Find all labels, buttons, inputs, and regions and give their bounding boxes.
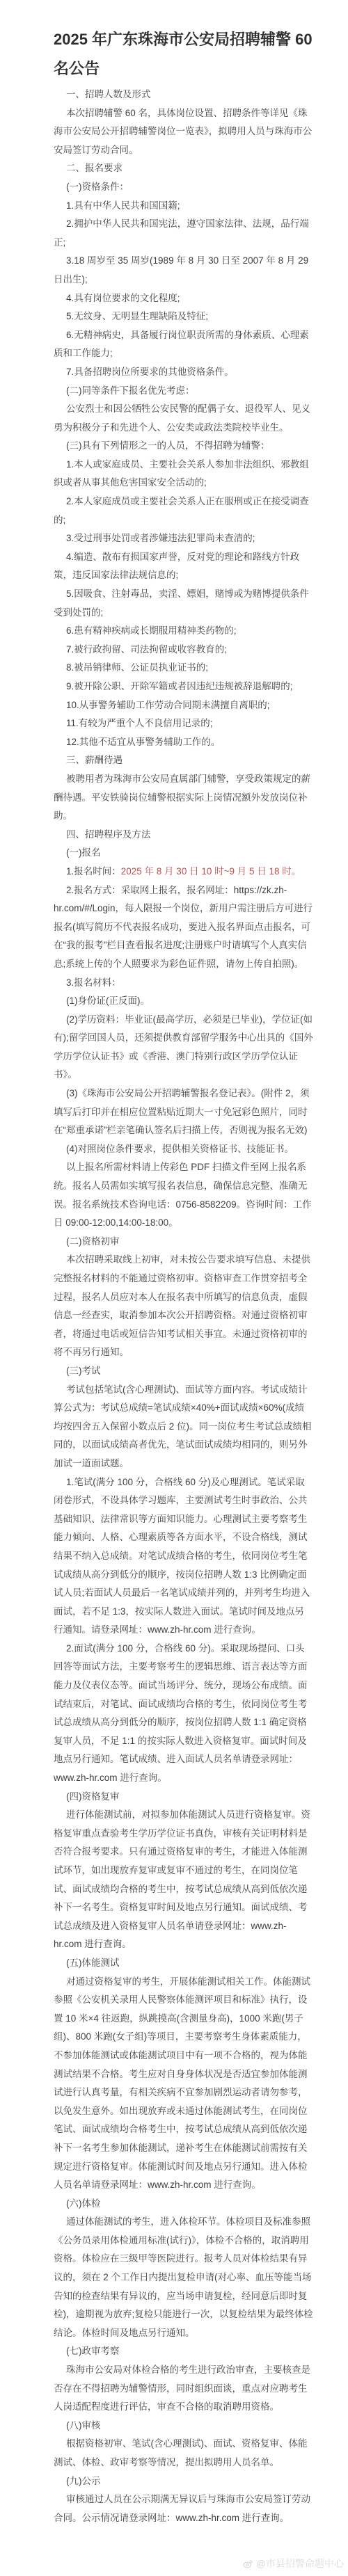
text-run: 3.18 周岁至 35 周岁(1989 年 8 月 30 日至 2007 年 8… bbox=[54, 255, 308, 285]
text-run: (六)体检 bbox=[66, 2198, 101, 2209]
paragraph: (1)身份证(正反面)。 bbox=[54, 992, 313, 1011]
text-run: 进行体能测试前，对拟参加体能测试人员进行资格复审。资格复审重点查验考生学历学位证… bbox=[54, 1809, 310, 1949]
paragraph: 11.有较为严重个人不良信用记录的; bbox=[54, 714, 313, 733]
paragraph: 1.本人或家庭成员、主要社会关系人参加非法组织、邪教组织或者从事其他危害国家安全… bbox=[54, 456, 313, 493]
text-run: 11.有较为严重个人不良信用记录的; bbox=[66, 718, 213, 728]
paragraph: 6.无精神病史，具备履行岗位职责所需的身体素质、心理素质和工作能力; bbox=[54, 326, 313, 363]
text-run: 1.具有中华人民共和国国籍; bbox=[66, 200, 180, 211]
watermark: @市县招警命题中心 bbox=[243, 2557, 344, 2570]
paragraph: 通过体能测试的考生，进入体检环节。体检项目及标准参照《公务员录用体检通用标准(试… bbox=[54, 2213, 313, 2342]
paragraph: (二)资格初审 bbox=[54, 1233, 313, 1251]
paragraph: (六)体检 bbox=[54, 2195, 313, 2214]
text-run: 2.面试(满分 100 分，合格线 60 分)。采取现场提问、口头回答等面试方法… bbox=[54, 1643, 308, 1783]
paragraph: 7.被行政拘留、司法拘留或收容教育的; bbox=[54, 641, 313, 659]
paragraph: 根据资格初审、笔试(含心理测试)、面试、资格复审、体能测试、体检、政审考察等情况… bbox=[54, 2435, 313, 2472]
text-run: 9.被开除公职、开除军籍或者因违纪违规被辞退解聘的; bbox=[66, 681, 293, 691]
text-run: 7.具备招聘岗位所要求的其他资格条件。 bbox=[66, 367, 234, 377]
paragraph: 1.报名时间：2025 年 8 月 30 日 10 时~9 月 5 日 18 时… bbox=[54, 863, 313, 881]
text-run: (一)报名 bbox=[66, 847, 101, 858]
paragraph: (一)报名 bbox=[54, 844, 313, 863]
paragraph: 7.具备招聘岗位所要求的其他资格条件。 bbox=[54, 363, 313, 382]
paragraph: 2.面试(满分 100 分，合格线 60 分)。采取现场提问、口头回答等面试方法… bbox=[54, 1640, 313, 1788]
text-run: 3.受过刑事处罚或者涉嫌违法犯罪尚未查清的; bbox=[66, 533, 255, 543]
highlighted-text-run: 2025 年 8 月 30 日 10 时~9 月 5 日 18 时。 bbox=[121, 866, 301, 877]
paragraph: 6.患有精神疾病或长期服用精神类药物的; bbox=[54, 622, 313, 641]
text-run: 7.被行政拘留、司法拘留或收容教育的; bbox=[66, 644, 227, 655]
text-run: 6.患有精神疾病或长期服用精神类药物的; bbox=[66, 625, 237, 636]
document-page: 2025 年广东珠海市公安局招聘辅警 60 名公告 一、招聘人数及形式本次招聘辅… bbox=[0, 0, 348, 2576]
text-run: 10.从事警务辅助工作劳动合同期未满擅自离职的; bbox=[66, 700, 270, 710]
paragraph: 3.18 周岁至 35 周岁(1989 年 8 月 30 日至 2007 年 8… bbox=[54, 252, 313, 289]
paragraph: (4)对照岗位条件要求，提供相关资格证书、技能证书。 bbox=[54, 1140, 313, 1159]
text-run: 四、招聘程序及方法 bbox=[66, 829, 151, 840]
paragraph: 5.因吸食、注射毒品，卖淫、嫖娼，赌博或为赌博提供条件受到处罚的; bbox=[54, 585, 313, 622]
page-title: 2025 年广东珠海市公安局招聘辅警 60 名公告 bbox=[54, 25, 313, 83]
paragraph: (七)政审考察 bbox=[54, 2342, 313, 2361]
text-run: 5.无纹身、无明显生理缺陷及特征; bbox=[66, 311, 208, 321]
text-run: 以上报名所需材料请上传彩色 PDF 扫描文件至网上报名系统。报名人员需如实填写报… bbox=[54, 1162, 312, 1228]
paragraph: 2.拥护中华人民共和国宪法，遵守国家法律、法规，品行端正; bbox=[54, 215, 313, 252]
text-run: (七)政审考察 bbox=[66, 2346, 120, 2356]
paragraph: 本次招聘采取线上初审，对未按公告要求填写信息、未提供完整报名材料的不能通过资格初… bbox=[54, 1251, 313, 1362]
text-run: 审核通过人员在公示期满无异议后与珠海市公安局签订劳动合同。公示情况请登录网址：w… bbox=[54, 2494, 310, 2523]
text-run: 二、报名要求 bbox=[66, 163, 122, 173]
paragraph: (三)考试 bbox=[54, 1362, 313, 1381]
weibo-watermark-icon bbox=[243, 2559, 253, 2568]
text-run: (四)资格复审 bbox=[66, 1791, 120, 1802]
text-run: (五)体能测试 bbox=[66, 1958, 120, 1968]
text-run: 2.报名方式：采取网上报名，报名网址：https://zk.zh-hr.com/… bbox=[54, 885, 313, 969]
text-run: (一)资格条件： bbox=[66, 182, 129, 192]
paragraph: 3.报名材料： bbox=[54, 974, 313, 993]
paragraph: 1.具有中华人民共和国国籍; bbox=[54, 197, 313, 216]
paragraph: 1.笔试(满分 100 分，合格线 60 分)及心理测试。笔试采取闭卷形式，不设… bbox=[54, 1473, 313, 1640]
paragraph: 以上报名所需材料请上传彩色 PDF 扫描文件至网上报名系统。报名人员需如实填写报… bbox=[54, 1158, 313, 1232]
paragraph: 三、薪酬待遇 bbox=[54, 751, 313, 770]
text-run: 4.具有岗位要求的文化程度; bbox=[66, 293, 180, 303]
document-body: 一、招聘人数及形式本次招聘辅警 60 名，具体岗位设置、招聘条件等详见《珠海市公… bbox=[54, 86, 313, 2527]
paragraph: (一)资格条件： bbox=[54, 178, 313, 197]
paragraph: 公安烈士和因公牺牲公安民警的配偶子女、退役军人、见义勇为积极分子和先进个人、公安… bbox=[54, 400, 313, 437]
text-run: (三)具有下列情形之一的人员，不得招聘为辅警： bbox=[66, 440, 270, 451]
paragraph: 2.报名方式：采取网上报名，报名网址：https://zk.zh-hr.com/… bbox=[54, 881, 313, 974]
text-run: (1)身份证(正反面)。 bbox=[66, 995, 150, 1006]
paragraph: 4.具有岗位要求的文化程度; bbox=[54, 289, 313, 308]
text-run: 一、招聘人数及形式 bbox=[66, 89, 151, 99]
text-run: 公安烈士和因公牺牲公安民警的配偶子女、退役军人、见义勇为积极分子和先进个人、公安… bbox=[54, 403, 310, 433]
text-run: (4)对照岗位条件要求，提供相关资格证书、技能证书。 bbox=[66, 1144, 294, 1154]
paragraph: 四、招聘程序及方法 bbox=[54, 826, 313, 845]
text-run: 8.被吊销律师、公证员执业证书的; bbox=[66, 662, 208, 673]
text-run: 2.拥护中华人民共和国宪法，遵守国家法律、法规，品行端正; bbox=[54, 218, 309, 248]
text-run: 本次招聘辅警 60 名，具体岗位设置、招聘条件等详见《珠海市公安局公开招聘辅警岗… bbox=[54, 108, 312, 155]
paragraph: (三)具有下列情形之一的人员，不得招聘为辅警： bbox=[54, 437, 313, 456]
text-run: (二)同等条件下报名优先考虑： bbox=[66, 385, 195, 396]
text-run: (2)学历资料：毕业证(最高学历，必须是已毕业)，学位证(如有);留学回国人员，… bbox=[54, 1014, 313, 1080]
text-run: 根据资格初审、笔试(含心理测试)、面试、资格复审、体能测试、体检、政审考察等情况… bbox=[54, 2438, 308, 2467]
text-run: (三)考试 bbox=[66, 1366, 101, 1376]
paragraph: 12.其他不适宜从事警务辅助工作的。 bbox=[54, 733, 313, 752]
paragraph: (二)同等条件下报名优先考虑： bbox=[54, 382, 313, 401]
paragraph: 二、报名要求 bbox=[54, 159, 313, 178]
paragraph: 考试包括笔试(含心理测试)、面试等方面内容。考试成绩计算公式为：考试总成绩=笔试… bbox=[54, 1381, 313, 1473]
paragraph: (五)体能测试 bbox=[54, 1954, 313, 1973]
text-run: 对通过资格复审的考生，开展体能测试相关工作。体能测试参照《公安机关录用人民警察体… bbox=[54, 1976, 310, 2191]
paragraph: 10.从事警务辅助工作劳动合同期未满擅自离职的; bbox=[54, 696, 313, 715]
paragraph: (3)《珠海市公安局公开招聘辅警报名登记表》。(附件 2，须填写后打印并在相应位… bbox=[54, 1085, 313, 1140]
paragraph: 2.本人家庭成员或主要社会关系人正在服刑或正在接受调查的; bbox=[54, 493, 313, 529]
paragraph: 对通过资格复审的考生，开展体能测试相关工作。体能测试参照《公安机关录用人民警察体… bbox=[54, 1973, 313, 2195]
paragraph: 3.受过刑事处罚或者涉嫌违法犯罪尚未查清的; bbox=[54, 529, 313, 548]
paragraph: (九)公示 bbox=[54, 2472, 313, 2491]
text-run: 1.报名时间： bbox=[66, 866, 121, 877]
text-run: 1.本人或家庭成员、主要社会关系人参加非法组织、邪教组织或者从事其他危害国家安全… bbox=[54, 459, 309, 488]
paragraph: 审核通过人员在公示期满无异议后与珠海市公安局签订劳动合同。公示情况请登录网址：w… bbox=[54, 2490, 313, 2527]
text-run: 6.无精神病史，具备履行岗位职责所需的身体素质、心理素质和工作能力; bbox=[54, 330, 309, 359]
text-run: 12.其他不适宜从事警务辅助工作的。 bbox=[66, 737, 220, 747]
text-run: 三、薪酬待遇 bbox=[66, 755, 122, 765]
paragraph: (2)学历资料：毕业证(最高学历，必须是已毕业)，学位证(如有);留学回国人员，… bbox=[54, 1011, 313, 1085]
text-run: 本次招聘采取线上初审，对未按公告要求填写信息、未提供完整报名材料的不能通过资格初… bbox=[54, 1254, 310, 1357]
paragraph: 本次招聘辅警 60 名，具体岗位设置、招聘条件等详见《珠海市公安局公开招聘辅警岗… bbox=[54, 104, 313, 160]
text-run: 5.因吸食、注射毒品，卖淫、嫖娼，赌博或为赌博提供条件受到处罚的; bbox=[54, 589, 309, 618]
paragraph: 被聘用者为珠海市公安局直属部门辅警，享受政策规定的薪酬待遇。平安铁骑岗位辅警根据… bbox=[54, 770, 313, 826]
paragraph: 8.被吊销律师、公证员执业证书的; bbox=[54, 659, 313, 678]
watermark-text: @市县招警命题中心 bbox=[256, 2557, 344, 2570]
paragraph: 一、招聘人数及形式 bbox=[54, 86, 313, 104]
text-run: 3.报名材料： bbox=[66, 977, 121, 988]
paragraph: 9.被开除公职、开除军籍或者因违纪违规被辞退解聘的; bbox=[54, 678, 313, 696]
text-run: 珠海市公安局对体检合格的考生进行政治审查，主要核查是否存在不得招聘为辅警情形，同… bbox=[54, 2365, 310, 2412]
text-run: 1.笔试(满分 100 分，合格线 60 分)及心理测试。笔试采取闭卷形式，不设… bbox=[54, 1477, 310, 1635]
text-run: (二)资格初审 bbox=[66, 1236, 120, 1247]
text-run: 通过体能测试的考生，进入体检环节。体检项目及标准参照《公务员录用体检通用标准(试… bbox=[54, 2216, 313, 2338]
paragraph: (四)资格复审 bbox=[54, 1788, 313, 1807]
text-run: 2.本人家庭成员或主要社会关系人正在服刑或正在接受调查的; bbox=[54, 496, 309, 525]
paragraph: 珠海市公安局对体检合格的考生进行政治审查，主要核查是否存在不得招聘为辅警情形，同… bbox=[54, 2361, 313, 2417]
text-run: 被聘用者为珠海市公安局直属部门辅警，享受政策规定的薪酬待遇。平安铁骑岗位辅警根据… bbox=[54, 774, 310, 821]
text-run: (八)审核 bbox=[66, 2420, 101, 2431]
text-run: 考试包括笔试(含心理测试)、面试等方面内容。考试成绩计算公式为：考试总成绩=笔试… bbox=[54, 1384, 312, 1469]
text-run: (九)公示 bbox=[66, 2476, 101, 2486]
paragraph: 5.无纹身、无明显生理缺陷及特征; bbox=[54, 307, 313, 326]
paragraph: (八)审核 bbox=[54, 2417, 313, 2435]
paragraph: 4.编造、散布有损国家声誉，反对党的理论和路线方针政策，违反国家法律法规信息的; bbox=[54, 548, 313, 585]
text-run: (3)《珠海市公安局公开招聘辅警报名登记表》。(附件 2，须填写后打印并在相应位… bbox=[54, 1088, 310, 1135]
paragraph: 进行体能测试前，对拟参加体能测试人员进行资格复审。资格复审重点查验考生学历学位证… bbox=[54, 1806, 313, 1954]
text-run: 4.编造、散布有损国家声誉，反对党的理论和路线方针政策，违反国家法律法规信息的; bbox=[54, 552, 299, 581]
